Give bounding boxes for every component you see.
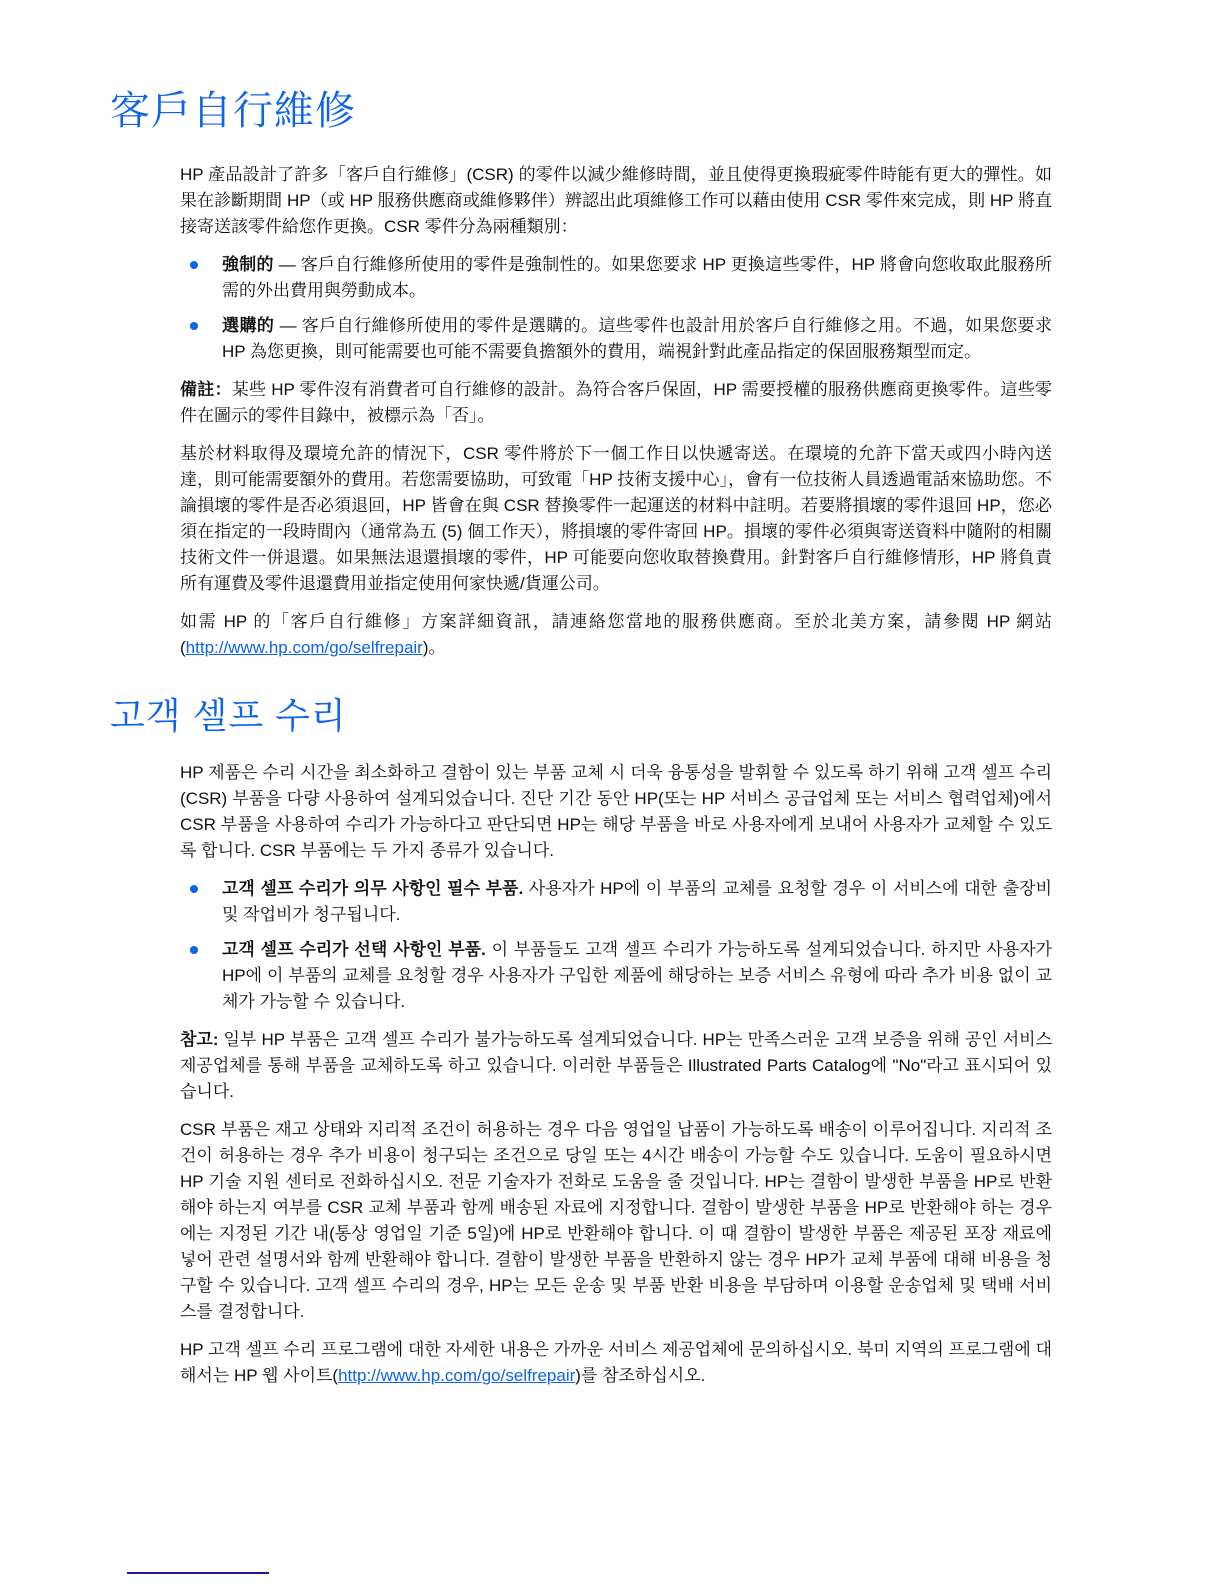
paragraph-shipping-ko: CSR 부품은 재고 상태와 지리적 조건이 허용하는 경우 다음 영업일 납품… <box>180 1117 1052 1325</box>
paragraph-shipping-zh: 基於材料取得及環境允許的情況下，CSR 零件將於下一個工作日以快遞寄送。在環境的… <box>180 441 1052 597</box>
section-heading-zh: 客戶自行維修 <box>110 88 1052 134</box>
csr-part-types-list-zh: 強制的 — 客戶自行維修所使用的零件是強制性的。如果您要求 HP 更換這些零件，… <box>180 252 1052 365</box>
section-body-ko: HP 제품은 수리 시간을 최소화하고 결함이 있는 부품 교체 시 더욱 융통… <box>180 760 1052 1389</box>
section-heading-ko: 고객 셀프 수리 <box>110 695 1052 736</box>
list-item-mandatory-zh: 強制的 — 客戶自行維修所使用的零件是強制性的。如果您要求 HP 更換這些零件，… <box>180 252 1052 304</box>
csr-part-types-list-ko: 고객 셀프 수리가 의무 사항인 필수 부품. 사용자가 HP에 이 부품의 교… <box>180 876 1052 1015</box>
list-item-optional-ko: 고객 셀프 수리가 선택 사항인 부품. 이 부품들도 고객 셀프 수리가 가능… <box>180 937 1052 1015</box>
note-paragraph-zh: 備註：某些 HP 零件沒有消費者可自行維修的設計。為符合客戶保固，HP 需要授權… <box>180 377 1052 429</box>
bullet-icon <box>190 261 198 269</box>
paragraph-intro-zh: HP 產品設計了許多「客戶自行維修」(CSR) 的零件以減少維修時間，並且使得更… <box>180 162 1052 240</box>
section-body-zh: HP 產品設計了許多「客戶自行維修」(CSR) 的零件以減少維修時間，並且使得更… <box>180 162 1052 661</box>
list-item-mandatory-ko: 고객 셀프 수리가 의무 사항인 필수 부품. 사용자가 HP에 이 부품의 교… <box>180 876 1052 928</box>
paragraph-contact-zh: 如需 HP 的「客戶自行維修」方案詳細資訊，請連絡您當地的服務供應商。至於北美方… <box>180 609 1052 661</box>
list-item-optional-zh: 選購的 — 客戶自行維修所使用的零件是選購的。這些零件也設計用於客戶自行維修之用… <box>180 313 1052 365</box>
list-item-term: 選購的 <box>222 316 274 335</box>
note-text: 일부 HP 부품은 고객 셀프 수리가 불가능하도록 설계되었습니다. HP는 … <box>180 1030 1052 1101</box>
list-item-term: 고객 셀프 수리가 의무 사항인 필수 부품. <box>222 879 523 898</box>
note-label: 備註： <box>180 380 232 399</box>
list-item-text: — 客戶自行維修所使用的零件是選購的。這些零件也設計用於客戶自行維修之用。不過，… <box>222 316 1052 361</box>
document-page: 客戶自行維修 HP 產品設計了許多「客戶自行維修」(CSR) 的零件以減少維修時… <box>0 0 1224 1584</box>
bullet-icon <box>190 885 198 893</box>
bullet-icon <box>190 946 198 954</box>
list-item-text: — 客戶自行維修所使用的零件是強制性的。如果您要求 HP 更換這些零件，HP 將… <box>222 255 1052 300</box>
selfrepair-link-ko[interactable]: http://www.hp.com/go/selfrepair <box>338 1366 575 1385</box>
note-paragraph-ko: 참고: 일부 HP 부품은 고객 셀프 수리가 불가능하도록 설계되었습니다. … <box>180 1027 1052 1105</box>
footer-rule <box>127 1572 269 1574</box>
note-label: 참고: <box>180 1030 219 1049</box>
note-text: 某些 HP 零件沒有消費者可自行維修的設計。為符合客戶保固，HP 需要授權的服務… <box>180 380 1052 425</box>
selfrepair-link-zh[interactable]: http://www.hp.com/go/selfrepair <box>186 638 423 657</box>
link-suffix-text: )。 <box>423 638 446 657</box>
list-item-term: 強制的 <box>222 255 274 274</box>
link-suffix-text: )를 참조하십시오. <box>575 1366 705 1385</box>
bullet-icon <box>190 322 198 330</box>
paragraph-intro-ko: HP 제품은 수리 시간을 최소화하고 결함이 있는 부품 교체 시 더욱 융통… <box>180 760 1052 864</box>
list-item-term: 고객 셀프 수리가 선택 사항인 부품. <box>222 940 486 959</box>
paragraph-contact-ko: HP 고객 셀프 수리 프로그램에 대한 자세한 내용은 가까운 서비스 제공업… <box>180 1337 1052 1389</box>
